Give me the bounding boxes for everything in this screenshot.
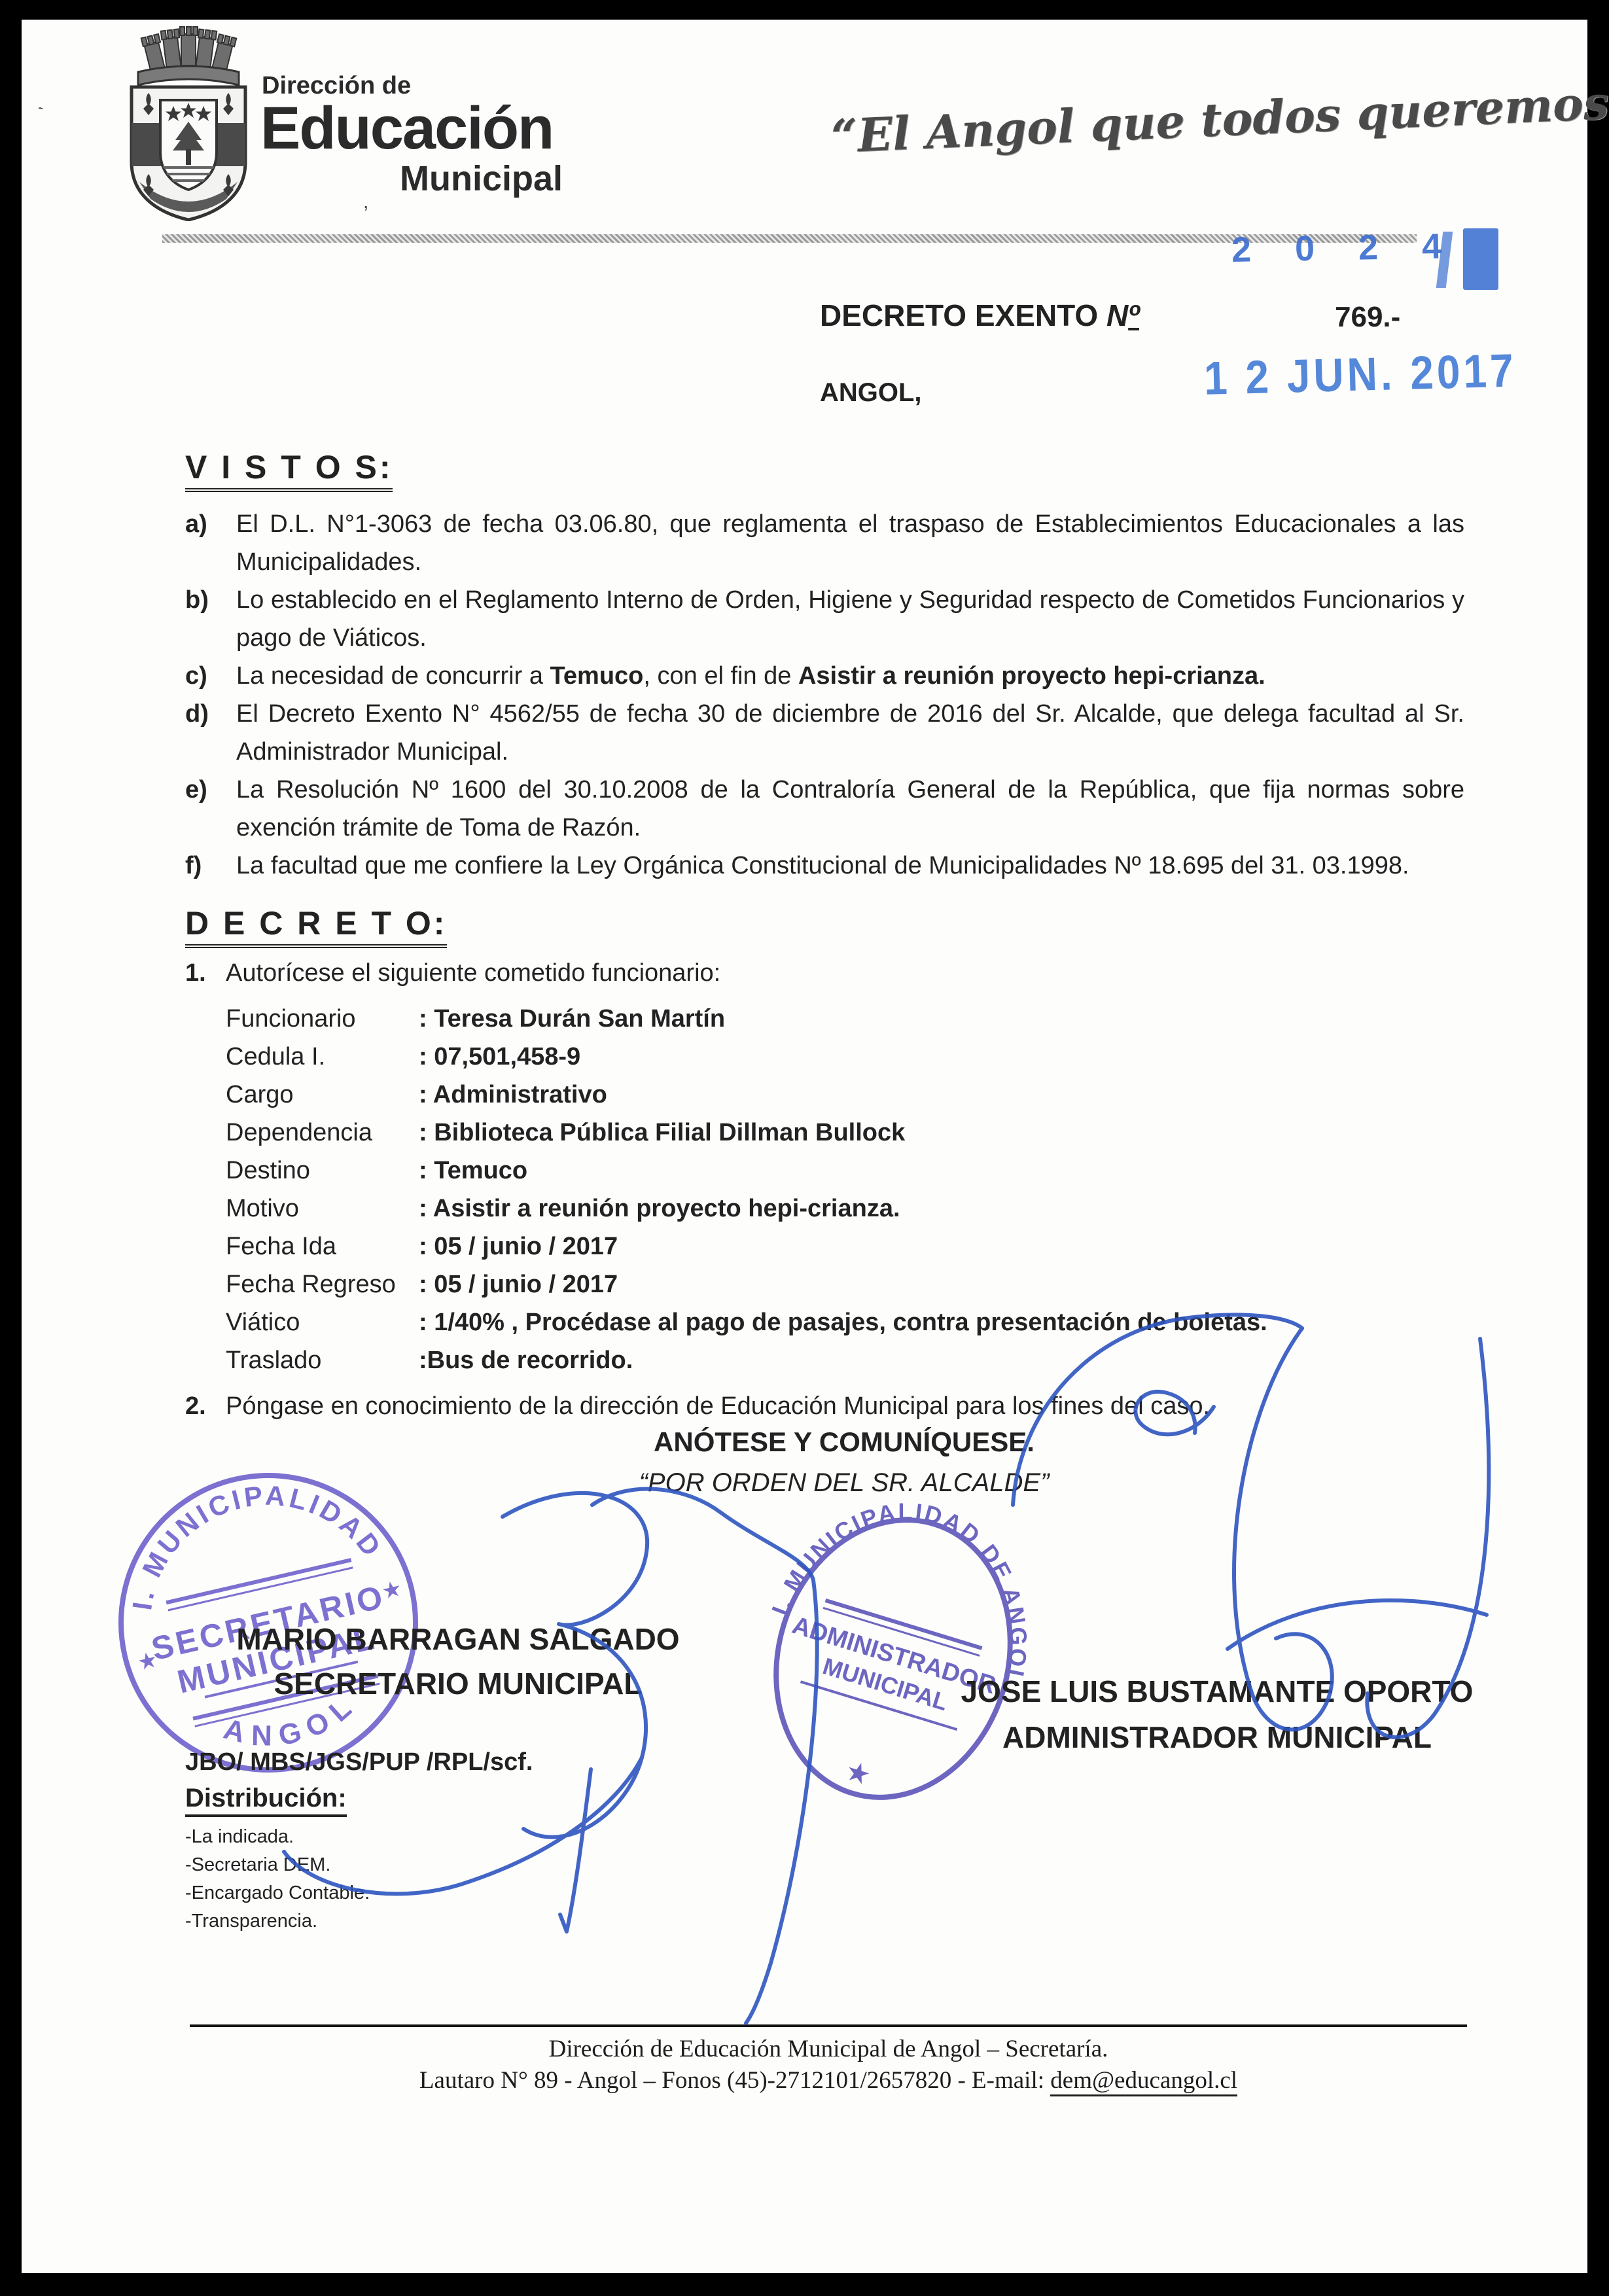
decree-title-no: Nº	[1106, 298, 1139, 332]
field-row: Traslado:Bus de recorrido.	[226, 1347, 1469, 1385]
star-icon: ★	[842, 1755, 875, 1792]
field-row: Cedula I.: 07,501,458-9	[226, 1043, 1469, 1081]
vistos-item-e: e) La Resolución Nº 1600 del 30.10.2008 …	[185, 771, 1464, 847]
closing-block: ANÓTESE Y COMUNÍQUESE. “POR ORDEN DEL SR…	[471, 1426, 1217, 1498]
field-row: Fecha Ida: 05 / junio / 2017	[226, 1233, 1469, 1271]
field-row: Motivo: Asistir a reunión proyecto hepi-…	[226, 1195, 1469, 1233]
scan-artifact: `	[36, 103, 53, 126]
vistos-item-b: b) Lo establecido en el Reglamento Inter…	[185, 581, 1464, 657]
responsibility-initials: JBO/ MBS/JGS/PUP /RPL/scf.	[185, 1748, 533, 1776]
logo-text-line3: Municipal	[400, 158, 563, 199]
footer-email: dem@educangol.cl	[1050, 2067, 1237, 2096]
decree-number: 769.-	[1335, 301, 1400, 334]
distribution-heading: Distribución:	[185, 1784, 347, 1817]
decree-item-2: 2. Póngase en conocimiento de la direcci…	[185, 1387, 1464, 1425]
distribution-item: -Secretaria DEM.	[185, 1851, 370, 1879]
cometido-fields: Funcionario: Teresa Durán San Martín Ced…	[226, 1005, 1469, 1385]
header-divider	[162, 234, 1417, 243]
decree-title: DECRETO EXENTO Nº	[820, 298, 1139, 333]
field-row: Cargo: Administrativo	[226, 1081, 1469, 1119]
field-row: Funcionario: Teresa Durán San Martín	[226, 1005, 1469, 1043]
logo-text-line2: Educación	[260, 94, 553, 163]
vistos-item-f: f) La facultad que me confiere la Ley Or…	[185, 847, 1464, 885]
ink-mark	[1463, 228, 1498, 290]
year-stamp: 2 0 2 4	[1231, 226, 1459, 270]
signatory-right-title: ADMINISTRADOR MUNICIPAL	[952, 1720, 1482, 1755]
municipal-slogan: “El Angol que todos queremos...”	[830, 80, 1493, 164]
distribution-list: -La indicada. -Secretaria DEM. -Encargad…	[185, 1823, 370, 1935]
field-row: Fecha Regreso: 05 / junio / 2017	[226, 1271, 1469, 1309]
vistos-list: a) El D.L. N°1-3063 de fecha 03.06.80, q…	[185, 505, 1464, 885]
decree-item-1: 1. Autorícese el siguiente cometido func…	[185, 954, 1464, 992]
administrator-municipal-stamp: I. MUNICIPALIDAD DE ANGOL ADMINISTRADOR …	[752, 1492, 1034, 1826]
signatory-right-name: JOSE LUIS BUSTAMANTE OPORTO	[952, 1674, 1482, 1709]
signatory-left-name: MARIO BARRAGAN SALGADO	[209, 1621, 707, 1657]
decreto-heading: D E C R E T O:	[185, 904, 447, 948]
vistos-item-d: d) El Decreto Exento N° 4562/55 de fecha…	[185, 695, 1464, 771]
date-stamp: 1 2 JUN. 2017	[1203, 343, 1517, 405]
field-row: Destino: Temuco	[226, 1157, 1469, 1195]
distribution-item: -Transparencia.	[185, 1907, 370, 1935]
field-row: Viático: 1/40% , Procédase al pago de pa…	[226, 1309, 1469, 1347]
signatory-left-title: SECRETARIO MUNICIPAL	[209, 1666, 707, 1701]
field-row: Dependencia: Biblioteca Pública Filial D…	[226, 1119, 1469, 1157]
coat-of-arms-logo	[120, 25, 257, 221]
scanned-decree-document: { "header": { "logo": {"line1": "Direcci…	[0, 0, 1609, 2296]
footer-rule	[190, 2024, 1467, 2027]
footer-address-line2: Lautaro N° 89 - Angol – Fonos (45)-27121…	[190, 2066, 1467, 2094]
vistos-item-a: a) El D.L. N°1-3063 de fecha 03.06.80, q…	[185, 505, 1464, 581]
document-page: Dirección de Educación Municipal “El Ang…	[22, 20, 1587, 2273]
distribution-item: -Encargado Contable.	[185, 1879, 370, 1907]
city-label: ANGOL,	[820, 378, 922, 408]
footer-address-line1: Dirección de Educación Municipal de Ango…	[190, 2035, 1467, 2063]
vistos-item-c: c) La necesidad de concurrir a Temuco, c…	[185, 657, 1464, 695]
closing-line-1: ANÓTESE Y COMUNÍQUESE.	[471, 1426, 1217, 1458]
scan-artifact: ,	[363, 191, 368, 213]
distribution-item: -La indicada.	[185, 1823, 370, 1851]
vistos-heading: V I S T O S:	[185, 448, 393, 492]
decree-title-label: DECRETO EXENTO	[820, 298, 1106, 332]
